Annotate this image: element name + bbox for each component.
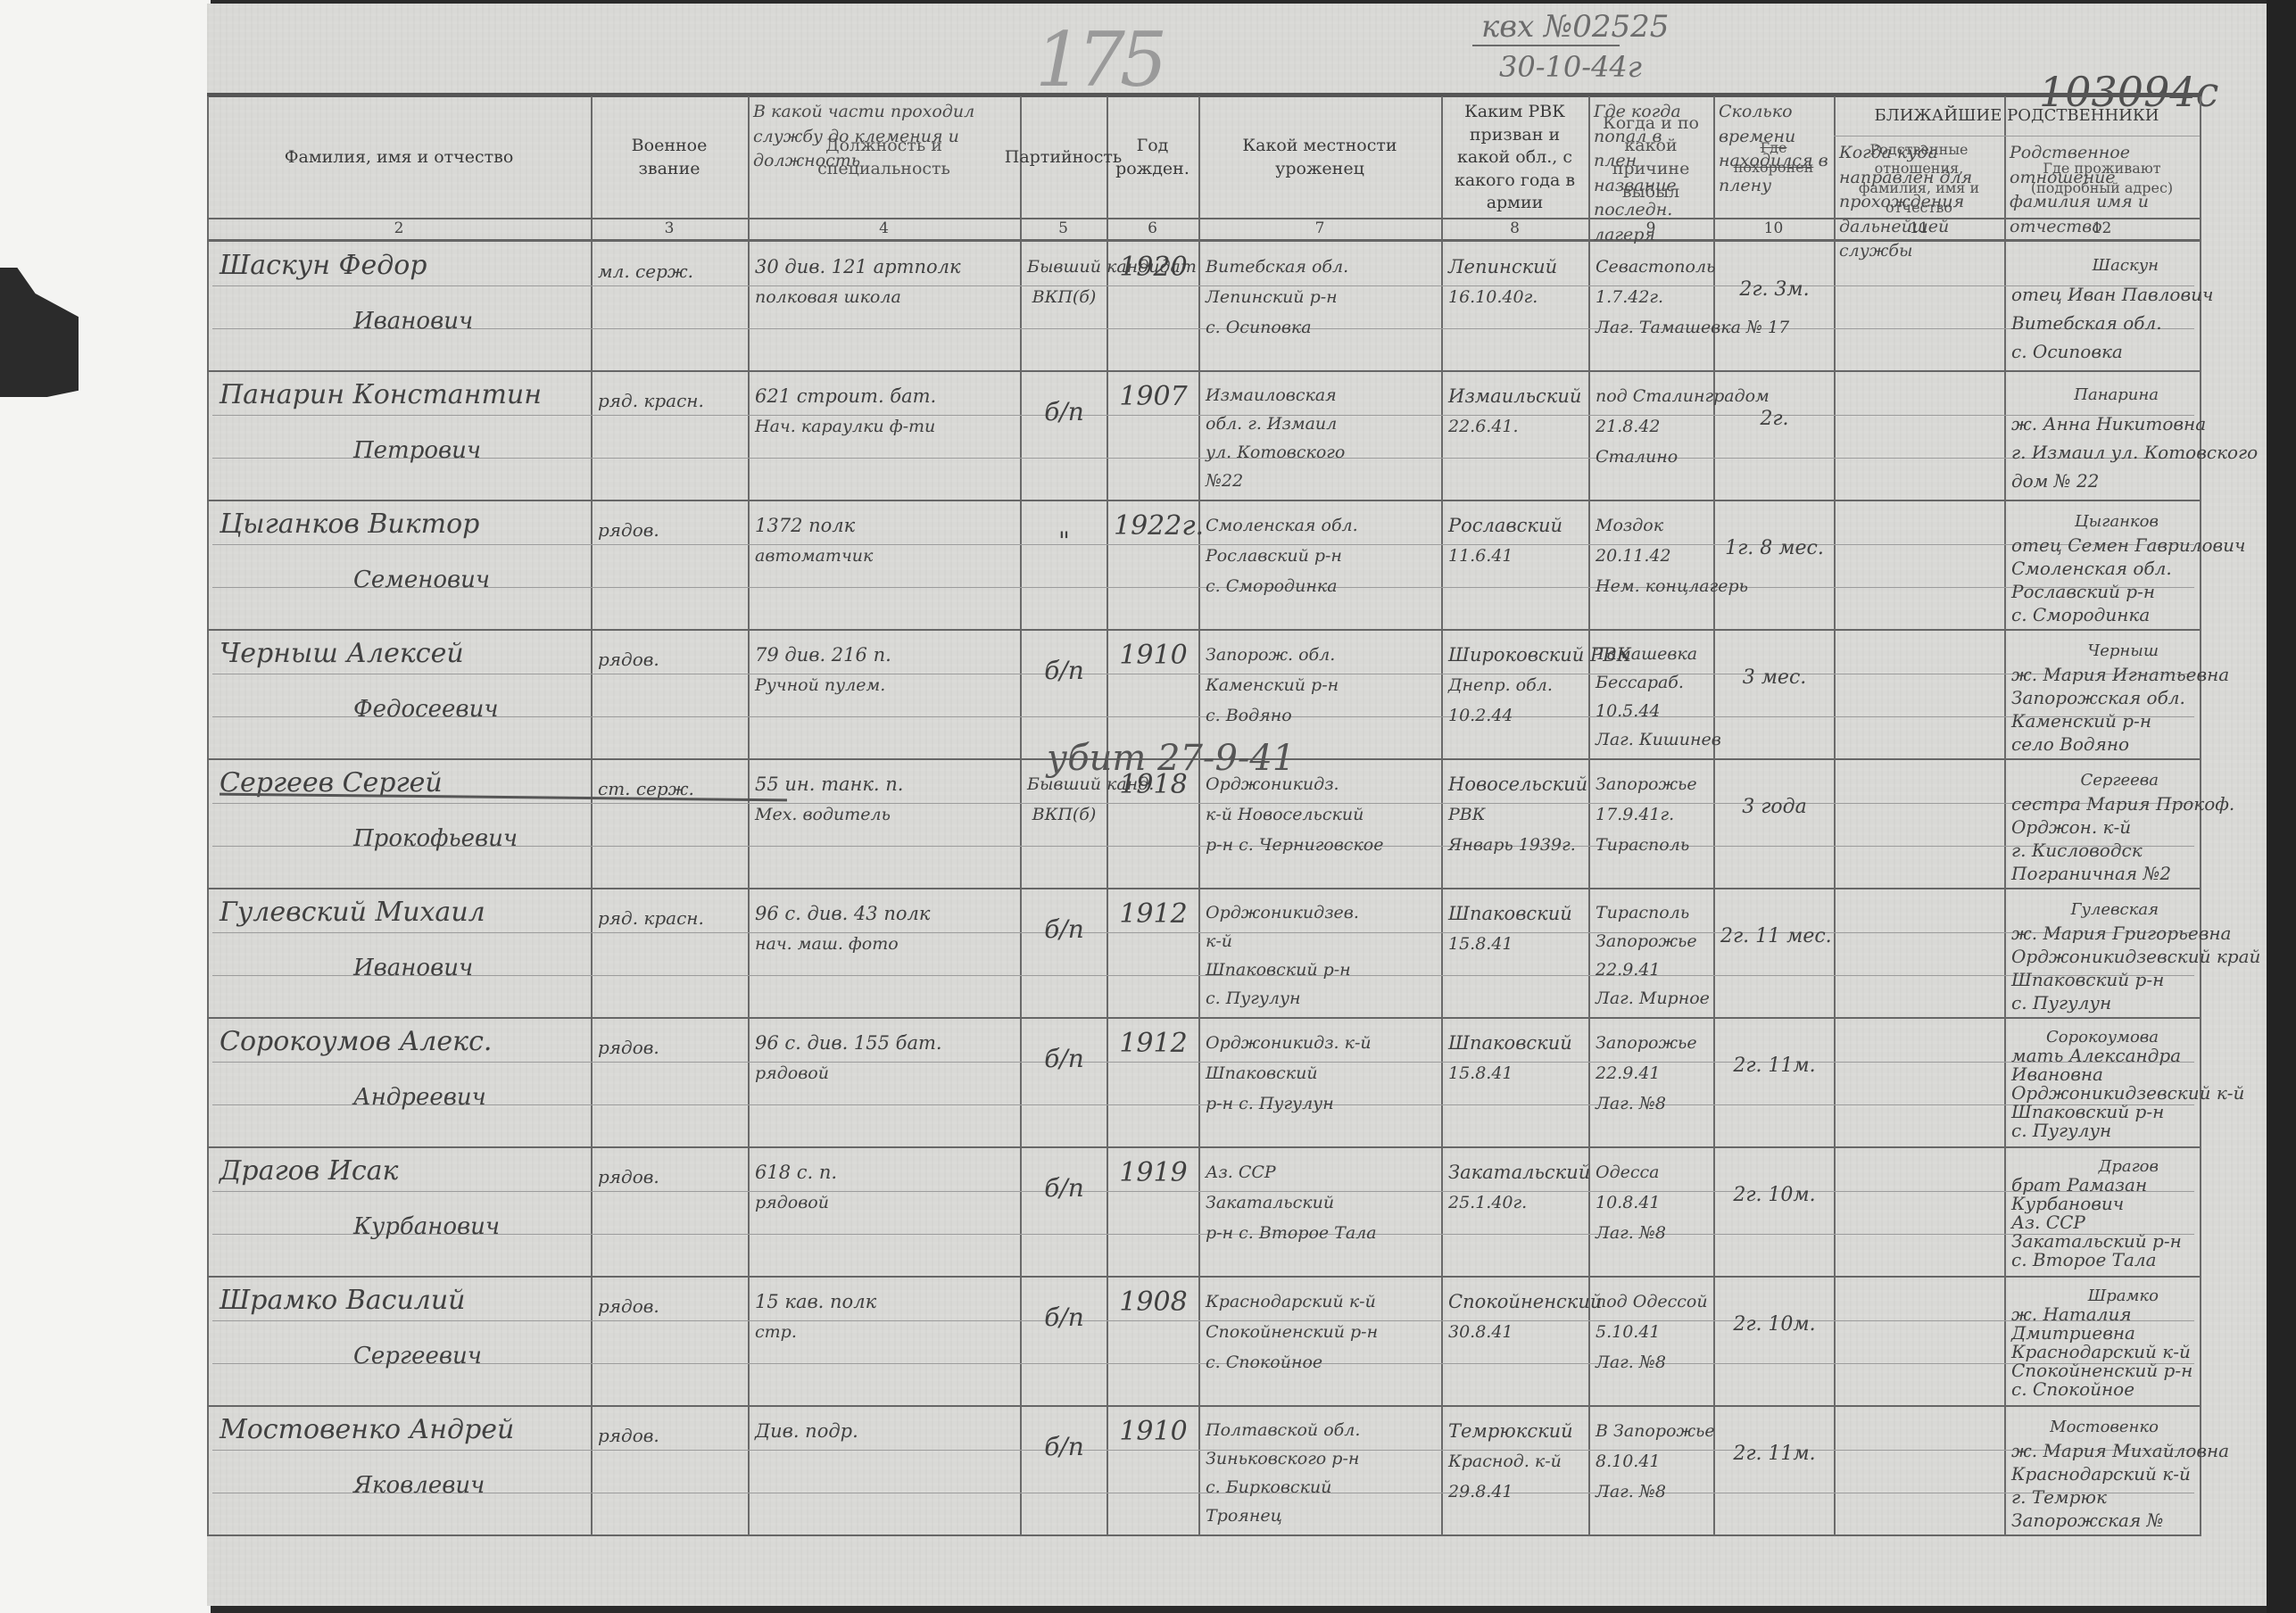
relatives-cell: Панаринаж. Анна Никитовнаг. Измаил ул. К…: [2011, 381, 2194, 495]
relatives-line: отец Семен Гаврилович: [2011, 534, 2194, 557]
relatives-cell: Сергеевасестра Мария Прокоф.Орджон. к-йг…: [2011, 769, 2194, 885]
relatives-line: Орджон. к-й: [2011, 815, 2194, 839]
column-header: Какой местности уроженец: [1198, 98, 1441, 218]
patronymic: Семенович: [220, 567, 585, 593]
year-cell: 1907: [1114, 381, 1193, 412]
patronymic: Иванович: [220, 955, 585, 981]
column-number: 8: [1441, 219, 1588, 237]
captured-line: 17.9.41г.: [1596, 799, 1708, 830]
relatives-line: Краснодарский к-й: [2011, 1343, 2194, 1361]
relatives-cell: Чернышж. Мария ИгнатьевнаЗапорожская обл…: [2011, 640, 2194, 756]
relatives-cell: Драговбрат РамазанКурбановичАз. ССРЗакат…: [2011, 1157, 2194, 1270]
name-cell: Мостовенко АндрейЯковлевич: [220, 1407, 585, 1499]
column-number: 4: [748, 219, 1020, 237]
column-number: 9: [1588, 219, 1713, 237]
column-header: Год рожден.: [1107, 98, 1198, 218]
relatives-line: Шпаковский р-н: [2011, 1103, 2194, 1121]
captivity-cell: 2г.: [1720, 408, 1828, 430]
birthplace-cell: Полтавской обл.Зиньковского р-нс. Бирков…: [1206, 1416, 1436, 1530]
relatives-line: с. Второе Тала: [2011, 1251, 2194, 1270]
rank-cell: рядов.: [598, 1037, 742, 1058]
captured-line: Тирасполь: [1596, 830, 1708, 860]
captured-line: 21.8.42: [1596, 411, 1708, 442]
relatives-line: г. Кисловодск: [2011, 839, 2194, 862]
unit-line: рядовой: [755, 1187, 1015, 1218]
unit-line: Мех. водитель: [755, 799, 1015, 830]
birthplace-line: с. Бирковский: [1206, 1473, 1436, 1501]
rvk-cell: Закатальский25.1.40г.: [1448, 1157, 1583, 1218]
relatives-line: Шрамко: [2011, 1286, 2194, 1305]
unit-line: автоматчик: [755, 541, 1015, 571]
relatives-line: с. Пугулун: [2011, 1121, 2194, 1140]
relatives-line: мать Александра: [2011, 1046, 2194, 1065]
relatives-line: Рославский р-н: [2011, 580, 2194, 603]
unit-line: стр.: [755, 1317, 1015, 1347]
surname-first-name: Гулевский Михаил: [220, 897, 585, 928]
relatives-line: Орджоникидзевский край: [2011, 945, 2194, 968]
captured-line: Севастополь: [1596, 252, 1708, 282]
patronymic: Петрович: [220, 437, 585, 464]
relatives-line: дом № 22: [2011, 467, 2194, 495]
rvk-line: Шпаковский: [1448, 1028, 1583, 1058]
archive-mark: квх №02525: [1481, 9, 1669, 45]
column-number: 11: [1834, 219, 2004, 237]
captured-cell: Моздок20.11.42Нем. концлагерь: [1596, 510, 1708, 601]
rank-cell: рядов.: [598, 1295, 742, 1317]
column-number: 2: [207, 219, 591, 237]
rank-cell: рядов.: [598, 649, 742, 670]
birthplace-line: Орджоникидзев.: [1206, 898, 1436, 927]
relatives-line: Спокойненский р-н: [2011, 1361, 2194, 1380]
captured-cell: Запорожье17.9.41г.Тирасполь: [1596, 769, 1708, 860]
rvk-cell: Лепинский16.10.40г.: [1448, 252, 1583, 312]
patronymic: Иванович: [220, 308, 585, 335]
captured-line: Сталино: [1596, 442, 1708, 472]
archive-date: 30-10-44г: [1499, 50, 1642, 84]
group-header-relatives: БЛИЖАЙШИЕ РОДСТВЕННИКИ: [1834, 96, 2200, 136]
rank-cell: рядов.: [598, 1166, 742, 1187]
birthplace-cell: Аз. ССРЗакатальскийр-н с. Второе Тала: [1206, 1157, 1436, 1248]
column-header-label: Год рожден.: [1103, 135, 1202, 180]
unit-cell: Див. подр.: [755, 1416, 1015, 1446]
column-number: 10: [1713, 219, 1834, 237]
captured-cell: под Сталинградом21.8.42Сталино: [1596, 381, 1708, 472]
party-line: Бывший кандидат: [1027, 252, 1101, 282]
party-line: б/п: [1027, 1303, 1101, 1333]
unit-line: 79 див. 216 п.: [755, 640, 1015, 670]
unit-line: 96 с. див. 155 бат.: [755, 1028, 1015, 1058]
rvk-line: Краснод. к-й: [1448, 1446, 1583, 1477]
group-header-divider: [1834, 136, 2200, 136]
rvk-line: 16.10.40г.: [1448, 282, 1583, 312]
birthplace-line: Спокойненский р-н: [1206, 1317, 1436, 1347]
year-cell: 1919: [1114, 1157, 1193, 1188]
birthplace-line: Орджоникидз. к-й: [1206, 1028, 1436, 1058]
name-cell: Гулевский МихаилИванович: [220, 889, 585, 981]
year-cell: 1910: [1114, 640, 1193, 671]
birthplace-line: с. Водяно: [1206, 700, 1436, 731]
captured-cell: ТираспольЗапорожье22.9.41Лаг. Мирное: [1596, 898, 1708, 1013]
surname-first-name: Драгов Исак: [220, 1155, 585, 1187]
unit-line: рядовой: [755, 1058, 1015, 1088]
relatives-line: Курбанович: [2011, 1195, 2194, 1213]
rvk-line: РВК: [1448, 799, 1583, 830]
relatives-line: Аз. ССР: [2011, 1213, 2194, 1232]
rvk-cell: Спокойненский30.8.41: [1448, 1286, 1583, 1347]
party-line: б/п: [1027, 656, 1101, 686]
captured-line: Лаг. №8: [1596, 1347, 1708, 1377]
captured-line: Лаг. №8: [1596, 1088, 1708, 1119]
left-paper-margin: [0, 0, 211, 1613]
captured-line: Лаг. Кишинев: [1596, 725, 1708, 754]
column-header-label: Военное звание: [591, 135, 748, 180]
rvk-line: Шпаковский: [1448, 898, 1583, 929]
rank-cell: ряд. красн.: [598, 390, 742, 411]
unit-cell: 30 див. 121 артполкполковая школа: [755, 252, 1015, 312]
birthplace-line: Зиньковского р-н: [1206, 1444, 1436, 1473]
column-number: 5: [1020, 219, 1107, 237]
party-cell: б/п: [1027, 381, 1101, 427]
relatives-line: Панарина: [2011, 381, 2194, 409]
birthplace-line: к-й: [1206, 927, 1436, 955]
unit-line: 55 ин. танк. п.: [755, 769, 1015, 799]
captivity-cell: 1г. 8 мес.: [1720, 537, 1828, 559]
patronymic: Яковлевич: [220, 1472, 585, 1499]
year-cell: 1910: [1114, 1416, 1193, 1447]
year-cell: 1908: [1114, 1286, 1193, 1318]
captured-line: 5.10.41: [1596, 1317, 1708, 1347]
relatives-line: Драгов: [2011, 1157, 2194, 1176]
birthplace-cell: Смоленская обл.Рославский р-нс. Смородин…: [1206, 510, 1436, 601]
captured-cell: Запорожье22.9.41Лаг. №8: [1596, 1028, 1708, 1119]
relatives-line: Шаскун: [2011, 252, 2194, 280]
captivity-cell: 2г. 11 мес.: [1720, 925, 1828, 947]
relatives-line: Запорожская обл.: [2011, 686, 2194, 709]
captured-line: Бессараб.: [1596, 668, 1708, 697]
captivity-cell: 2г. 10м.: [1720, 1184, 1828, 1206]
rvk-line: 22.6.41.: [1448, 411, 1583, 442]
captured-cell: ТамашевкаБессараб.10.5.44Лаг. Кишинев: [1596, 640, 1708, 754]
unit-cell: 15 кав. полкстр.: [755, 1286, 1015, 1347]
party-cell: б/п: [1027, 640, 1101, 686]
rvk-line: Широковский РВК: [1448, 640, 1583, 670]
rank-cell: рядов.: [598, 1425, 742, 1446]
birthplace-cell: Витебская обл.Лепинский р-нс. Осиповка: [1206, 252, 1436, 343]
relatives-line: с. Смородинка: [2011, 603, 2194, 626]
unit-cell: 96 с. див. 155 бат.рядовой: [755, 1028, 1015, 1088]
year-cell: 1922г.: [1114, 510, 1193, 542]
party-cell: б/п: [1027, 1028, 1101, 1074]
rvk-cell: Рославский11.6.41: [1448, 510, 1583, 571]
relatives-line: брат Рамазан: [2011, 1176, 2194, 1195]
rvk-cell: ТемрюкскийКраснод. к-й29.8.41: [1448, 1416, 1583, 1507]
unit-line: 30 див. 121 артполк: [755, 252, 1015, 282]
birthplace-cell: Орджоникидз. к-йШпаковскийр-н с. Пугулун: [1206, 1028, 1436, 1119]
rvk-line: 15.8.41: [1448, 1058, 1583, 1088]
surname-first-name: Мостовенко Андрей: [220, 1414, 585, 1445]
rvk-line: Рославский: [1448, 510, 1583, 541]
relatives-cell: Гулевскаяж. Мария ГригорьевнаОрджоникидз…: [2011, 898, 2194, 1014]
rvk-cell: НовосельскийРВКЯнварь 1939г.: [1448, 769, 1583, 860]
birthplace-line: к-й Новосельский: [1206, 799, 1436, 830]
unit-line: нач. маш. фото: [755, 929, 1015, 959]
captivity-cell: 3 мес.: [1720, 666, 1828, 689]
rvk-cell: Шпаковский15.8.41: [1448, 898, 1583, 959]
captured-line: 22.9.41: [1596, 955, 1708, 984]
birthplace-line: Шпаковский: [1206, 1058, 1436, 1088]
birthplace-line: Шпаковский р-н: [1206, 955, 1436, 984]
column-number: 7: [1198, 219, 1441, 237]
column-header-handwritten-note: В какой части проходил службу до клемени…: [753, 100, 1015, 174]
birthplace-line: Аз. ССР: [1206, 1157, 1436, 1187]
party-cell: ": [1027, 510, 1101, 557]
name-cell: Сергеев СергейПрокофьевич: [220, 760, 585, 852]
unit-cell: 621 строит. бат.Нач. караулки ф-ти: [755, 381, 1015, 442]
rvk-line: Днепр. обл.: [1448, 670, 1583, 700]
relatives-line: ж. Анна Никитовна: [2011, 409, 2194, 438]
relatives-line: Мостовенко: [2011, 1416, 2194, 1439]
column-header: Партийность: [1020, 98, 1107, 218]
surname-first-name: Панарин Константин: [220, 379, 585, 410]
surname-first-name: Сорокоумов Алекс.: [220, 1026, 585, 1057]
relatives-line: Ивановна: [2011, 1065, 2194, 1084]
captured-line: под Одессой: [1596, 1286, 1708, 1317]
column-divider: [2200, 96, 2201, 1536]
captured-line: 1.7.42г.: [1596, 282, 1708, 312]
personnel-table: Фамилия, имя и отчество2Военное звание3Д…: [207, 93, 2200, 1609]
captured-line: Лаг. Мирное: [1596, 984, 1708, 1013]
rank-cell: мл. серж.: [598, 261, 742, 282]
rvk-line: 30.8.41: [1448, 1317, 1583, 1347]
relatives-line: г. Измаил ул. Котовского: [2011, 438, 2194, 467]
relatives-line: ж. Мария Григорьевна: [2011, 922, 2194, 945]
rvk-line: Закатальский: [1448, 1157, 1583, 1187]
column-number: 3: [591, 219, 748, 237]
archive-mark-underline: [1472, 45, 1620, 46]
captured-line: Запорожье: [1596, 927, 1708, 955]
birthplace-line: с. Пугулун: [1206, 984, 1436, 1013]
rvk-line: 11.6.41: [1448, 541, 1583, 571]
birthplace-line: р-н с. Черниговское: [1206, 830, 1436, 860]
year-cell: 1912: [1114, 1028, 1193, 1059]
rvk-line: Спокойненский: [1448, 1286, 1583, 1317]
captivity-cell: 2г. 10м.: [1720, 1313, 1828, 1336]
rvk-line: Измаильский: [1448, 381, 1583, 411]
unit-cell: 55 ин. танк. п.Мех. водитель: [755, 769, 1015, 830]
unit-line: Ручной пулем.: [755, 670, 1015, 700]
relatives-line: Гулевская: [2011, 898, 2194, 922]
birthplace-cell: Запорож. обл.Каменский р-нс. Водяно: [1206, 640, 1436, 731]
column-number: 6: [1107, 219, 1198, 237]
relatives-cell: Мостовенкож. Мария МихайловнаКраснодарск…: [2011, 1416, 2194, 1532]
party-cell: б/п: [1027, 1416, 1101, 1462]
captivity-cell: 2г. 11м.: [1720, 1055, 1828, 1077]
death-annotation: убит 27-9-41: [1047, 740, 1295, 776]
captivity-cell: 2г. 3м.: [1720, 278, 1828, 301]
party-cell: б/п: [1027, 1157, 1101, 1204]
relatives-cell: Сорокоумовамать АлександраИвановнаОрджон…: [2011, 1028, 2194, 1140]
party-line: б/п: [1027, 397, 1101, 427]
relatives-line: Шпаковский р-н: [2011, 968, 2194, 991]
rvk-cell: Шпаковский15.8.41: [1448, 1028, 1583, 1088]
relatives-line: Витебская обл.: [2011, 309, 2194, 337]
column-header-label: Фамилия, имя и отчество: [272, 146, 526, 170]
unit-line: полковая школа: [755, 282, 1015, 312]
captured-line: 10.8.41: [1596, 1187, 1708, 1218]
birthplace-line: Смоленская обл.: [1206, 510, 1436, 541]
birthplace-line: Измаиловская: [1206, 381, 1436, 409]
captured-cell: под Одессой5.10.41Лаг. №8: [1596, 1286, 1708, 1377]
captured-line: Моздок: [1596, 510, 1708, 541]
name-cell: Цыганков ВикторСеменович: [220, 501, 585, 593]
relatives-line: Орджоникидзевский к-й: [2011, 1084, 2194, 1103]
captured-line: Одесса: [1596, 1157, 1708, 1187]
birthplace-line: р-н с. Второе Тала: [1206, 1218, 1436, 1248]
birthplace-line: Закатальский: [1206, 1187, 1436, 1218]
party-cell: б/п: [1027, 1286, 1101, 1333]
unit-line: 1372 полк: [755, 510, 1015, 541]
sheet-number: 175: [1035, 16, 1162, 103]
captured-line: В Запорожье: [1596, 1416, 1708, 1446]
relatives-line: Смоленская обл.: [2011, 557, 2194, 580]
relatives-line: ж. Наталия: [2011, 1305, 2194, 1324]
captured-line: под Сталинградом: [1596, 381, 1708, 411]
birthplace-line: с. Смородинка: [1206, 571, 1436, 601]
unit-cell: 79 див. 216 п.Ручной пулем.: [755, 640, 1015, 700]
captivity-cell: 2г. 11м.: [1720, 1443, 1828, 1465]
birthplace-line: с. Спокойное: [1206, 1347, 1436, 1377]
rvk-line: 15.8.41: [1448, 929, 1583, 959]
rvk-line: Новосельский: [1448, 769, 1583, 799]
rvk-line: 10.2.44: [1448, 700, 1583, 731]
column-header: Каким РВК призван и какой обл., с какого…: [1441, 98, 1588, 218]
relatives-line: с. Спокойное: [2011, 1380, 2194, 1399]
patronymic: Прокофьевич: [220, 825, 585, 852]
captured-line: 20.11.42: [1596, 541, 1708, 571]
name-cell: Сорокоумов Алекс.Андреевич: [220, 1019, 585, 1111]
rvk-line: 29.8.41: [1448, 1477, 1583, 1507]
relatives-line: Краснодарский к-й: [2011, 1462, 2194, 1485]
captured-line: Лаг. №8: [1596, 1477, 1708, 1507]
birthplace-cell: Краснодарский к-йСпокойненский р-нс. Спо…: [1206, 1286, 1436, 1377]
unit-cell: 618 с. п.рядовой: [755, 1157, 1015, 1218]
relatives-line: Запорожская №: [2011, 1509, 2194, 1532]
relatives-line: ж. Мария Михайловна: [2011, 1439, 2194, 1462]
birthplace-line: Лепинский р-н: [1206, 282, 1436, 312]
birthplace-line: Краснодарский к-й: [1206, 1286, 1436, 1317]
birthplace-line: обл. г. Измаил: [1206, 409, 1436, 438]
captured-cell: Севастополь1.7.42г.Лаг. Тамашевка № 17: [1596, 252, 1708, 343]
patronymic: Андреевич: [220, 1084, 585, 1111]
birthplace-cell: Измаиловскаяобл. г. Измаилул. Котовского…: [1206, 381, 1436, 495]
column-header-handwritten-note: Сколько времени находился в плену: [1719, 100, 1828, 198]
unit-line: Нач. караулки ф-ти: [755, 411, 1015, 442]
captured-line: 8.10.41: [1596, 1446, 1708, 1477]
captured-line: Тамашевка: [1596, 640, 1708, 668]
column-number: 12: [2004, 219, 2200, 237]
captivity-cell: 3 года: [1720, 796, 1828, 818]
unit-cell: 96 с. див. 43 полкнач. маш. фото: [755, 898, 1015, 959]
captured-cell: В Запорожье8.10.41Лаг. №8: [1596, 1416, 1708, 1507]
relatives-line: Пограничная №2: [2011, 862, 2194, 885]
rank-cell: ряд. красн.: [598, 907, 742, 929]
captured-line: Тирасполь: [1596, 898, 1708, 927]
relatives-line: Сорокоумова: [2011, 1028, 2194, 1046]
rank-cell: рядов.: [598, 519, 742, 541]
party-cell: б/п: [1027, 898, 1101, 945]
relatives-line: село Водяно: [2011, 732, 2194, 756]
year-cell: 1912: [1114, 898, 1193, 930]
birthplace-line: с. Осиповка: [1206, 312, 1436, 343]
rvk-line: 25.1.40г.: [1448, 1187, 1583, 1218]
name-cell: Драгов ИсакКурбанович: [220, 1148, 585, 1240]
rvk-cell: Измаильский22.6.41.: [1448, 381, 1583, 442]
birthplace-cell: Орджоникидз.к-й Новосельскийр-н с. Черни…: [1206, 769, 1436, 860]
party-line: б/п: [1027, 1432, 1101, 1462]
relatives-line: Дмитриевна: [2011, 1324, 2194, 1343]
captured-line: Лаг. Тамашевка № 17: [1596, 312, 1708, 343]
captured-line: Нем. концлагерь: [1596, 571, 1708, 601]
relatives-line: Закатальский р-н: [2011, 1232, 2194, 1251]
name-cell: Шрамко ВасилийСергеевич: [220, 1278, 585, 1369]
relatives-line: с. Осиповка: [2011, 337, 2194, 366]
unit-line: 96 с. див. 43 полк: [755, 898, 1015, 929]
name-cell: Шаскун ФедорИванович: [220, 243, 585, 335]
captured-line: 22.9.41: [1596, 1058, 1708, 1088]
unit-cell: 1372 полкавтоматчик: [755, 510, 1015, 571]
column-header: Фамилия, имя и отчество: [207, 98, 591, 218]
relatives-line: Черныш: [2011, 640, 2194, 663]
party-line: ВКП(б): [1027, 799, 1101, 830]
unit-line: 618 с. п.: [755, 1157, 1015, 1187]
captured-line: 10.5.44: [1596, 697, 1708, 725]
column-header: Военное звание: [591, 98, 748, 218]
birthplace-line: Запорож. обл.: [1206, 640, 1436, 670]
relatives-line: ж. Мария Игнатьевна: [2011, 663, 2194, 686]
birthplace-line: Каменский р-н: [1206, 670, 1436, 700]
relatives-cell: Цыганковотец Семен ГавриловичСмоленская …: [2011, 510, 2194, 626]
column-header-label: Каким РВК призван и какой обл., с какого…: [1441, 101, 1588, 215]
relatives-line: сестра Мария Прокоф.: [2011, 792, 2194, 815]
relatives-line: с. Пугулун: [2011, 991, 2194, 1014]
relatives-line: Каменский р-н: [2011, 709, 2194, 732]
party-cell: Бывший кандидатВКП(б): [1027, 252, 1101, 312]
name-cell: Панарин КонстантинПетрович: [220, 372, 585, 464]
rvk-line: Темрюкский: [1448, 1416, 1583, 1446]
birthplace-line: р-н с. Пугулун: [1206, 1088, 1436, 1119]
birthplace-line: ул. Котовского: [1206, 438, 1436, 467]
name-cell: Черныш АлексейФедосеевич: [220, 631, 585, 723]
surname-first-name: Шрамко Василий: [220, 1285, 585, 1316]
birthplace-line: Рославский р-н: [1206, 541, 1436, 571]
surname-first-name: Шаскун Федор: [220, 250, 585, 281]
party-line: ВКП(б): [1027, 282, 1101, 312]
party-line: б/п: [1027, 914, 1101, 945]
captured-line: Запорожье: [1596, 769, 1708, 799]
captured-line: Лаг. №8: [1596, 1218, 1708, 1248]
year-cell: 1920: [1114, 252, 1193, 283]
unit-line: Див. подр.: [755, 1416, 1015, 1446]
patronymic: Курбанович: [220, 1213, 585, 1240]
patronymic: Федосеевич: [220, 696, 585, 723]
unit-line: 15 кав. полк: [755, 1286, 1015, 1317]
rvk-cell: Широковский РВКДнепр. обл.10.2.44: [1448, 640, 1583, 731]
surname-first-name: Цыганков Виктор: [220, 509, 585, 540]
party-line: б/п: [1027, 1173, 1101, 1204]
surname-first-name: Черныш Алексей: [220, 638, 585, 669]
captured-line: Запорожье: [1596, 1028, 1708, 1058]
party-line: б/п: [1027, 1044, 1101, 1074]
